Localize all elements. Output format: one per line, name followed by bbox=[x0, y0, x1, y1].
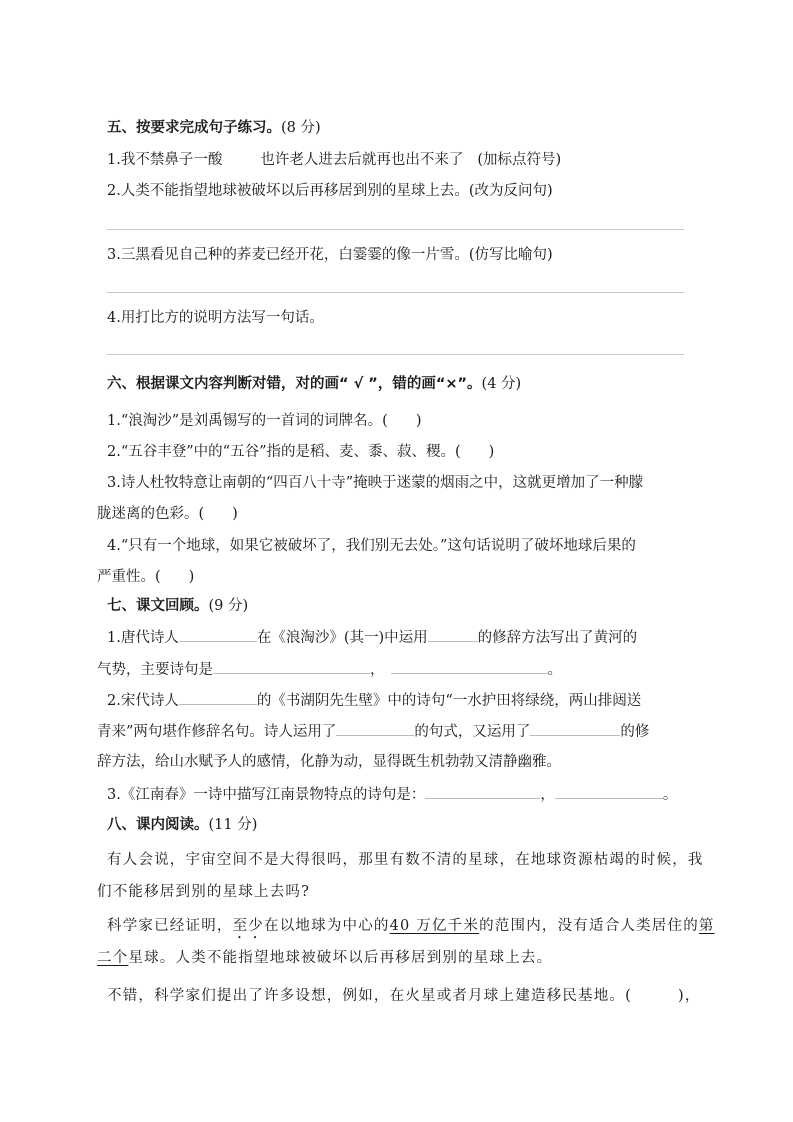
section-title: 六、根据课文内容判断对错，对的画“ √ ”，错的画“×”。 bbox=[107, 376, 482, 392]
paragraph-text: 有人会说，宇宙空间不是大得很吗，那里有数不清的星球，在地球资源枯竭的时候，我 bbox=[107, 852, 704, 868]
paragraph-text: 们不能移居到别的星球上去吗? bbox=[97, 884, 310, 900]
paragraph-text: 科学家已经证明， bbox=[107, 918, 233, 934]
s6-question-3-cont: 胧迷离的色彩。() bbox=[97, 504, 238, 524]
question-text: 在《浪淘沙》(其一)中运用 bbox=[257, 630, 428, 646]
question-text: ， bbox=[540, 787, 555, 803]
question-text: 的《书湖阴先生壁》中的诗句“一水护田将绿绕，两山排闼送 bbox=[257, 693, 641, 709]
section-points: (9 分) bbox=[209, 598, 249, 614]
reading-paragraph-2-cont: 二个星球。人类不能指望地球被破坏以后再移居到别的星球上去。 bbox=[97, 948, 552, 968]
s6-question-3: 3.诗人杜牧特意让南朝的“四百八十寺”掩映于迷蒙的烟雨之中，这就更增加了一种朦 bbox=[107, 473, 643, 493]
question-text: 青来”两句堪作修辞名句。诗人运用了 bbox=[97, 724, 336, 740]
question-number: 2. bbox=[107, 444, 121, 460]
emphasized-text: 至少 bbox=[233, 918, 264, 934]
answer-line[interactable] bbox=[107, 354, 684, 355]
section-points: (4 分) bbox=[482, 376, 522, 392]
question-number: 4. bbox=[107, 538, 121, 554]
s5-question-4: 4.用打比方的说明方法写一句话。 bbox=[107, 308, 324, 328]
section-5-heading: 五、按要求完成句子练习。(8 分) bbox=[107, 118, 321, 138]
s7-question-1-cont: 气势，主要诗句是，。 bbox=[97, 659, 562, 680]
s6-question-1: 1.“浪淘沙”是刘禹锡写的一首词的词牌名。() bbox=[107, 411, 422, 431]
reading-paragraph-1: 有人会说，宇宙空间不是大得很吗，那里有数不清的星球，在地球资源枯竭的时候，我 bbox=[107, 850, 704, 870]
fill-blank[interactable] bbox=[179, 690, 257, 705]
section-title: 七、课文回顾。 bbox=[107, 598, 209, 614]
question-text: 我不禁鼻子一酸 bbox=[121, 152, 223, 168]
fill-blank[interactable] bbox=[391, 659, 548, 674]
question-text: 。 bbox=[548, 662, 563, 678]
question-text: 的修辞方法写出了黄河的 bbox=[478, 630, 638, 646]
question-hint: (仿写比喻句) bbox=[469, 247, 553, 263]
question-number: 1. bbox=[107, 630, 121, 646]
question-text: 用打比方的说明方法写一句话。 bbox=[121, 310, 324, 326]
question-text: 气势，主要诗句是 bbox=[97, 662, 213, 678]
question-hint: (加标点符号) bbox=[477, 152, 561, 168]
question-text: 的修 bbox=[620, 724, 649, 740]
paragraph-text: 在以地球为中心的 bbox=[264, 918, 390, 934]
question-text: 诗人杜牧特意让南朝的“四百八十寺”掩映于迷蒙的烟雨之中，这就更增加了一种朦 bbox=[121, 475, 643, 491]
question-text: “浪淘沙”是刘禹锡写的一首词的词牌名。( bbox=[121, 413, 388, 429]
fill-blank[interactable] bbox=[179, 627, 257, 642]
underlined-text: 40 万亿千米 bbox=[390, 918, 479, 934]
fill-blank[interactable] bbox=[425, 784, 540, 799]
reading-paragraph-2: 科学家已经证明，至少在以地球为中心的40 万亿千米的范围内，没有适合人类居住的第 bbox=[107, 916, 715, 942]
s6-question-4-cont: 严重性。() bbox=[97, 567, 194, 587]
question-text: 《江南春》一诗中描写江南景物特点的诗句是： bbox=[121, 787, 426, 803]
question-text: 人类不能指望地球被破坏以后再移居到别的星球上去。 bbox=[121, 183, 469, 199]
question-text: 。 bbox=[663, 787, 678, 803]
fill-blank[interactable] bbox=[336, 721, 414, 736]
section-points: (11 分) bbox=[209, 817, 258, 833]
underlined-text: 二个 bbox=[97, 950, 128, 966]
question-number: 3. bbox=[107, 475, 121, 491]
s5-question-3: 3.三黑看见自己种的荞麦已经开花，白霎霎的像一片雪。(仿写比喻句) bbox=[107, 245, 553, 265]
question-number: 1. bbox=[107, 413, 121, 429]
question-text: 三黑看见自己种的荞麦已经开花，白霎霎的像一片雪。 bbox=[121, 247, 469, 263]
paren-close: ) bbox=[232, 506, 238, 522]
paren-close: )， bbox=[678, 988, 701, 1004]
reading-paragraph-1-cont: 们不能移居到别的星球上去吗? bbox=[97, 882, 310, 902]
question-text: “五谷丰登”中的“五谷”指的是稻、麦、黍、菽、稷。( bbox=[121, 444, 461, 460]
answer-line[interactable] bbox=[107, 229, 684, 230]
s7-question-2-cont: 青来”两句堪作修辞名句。诗人运用了的句式，又运用了的修 bbox=[97, 721, 649, 742]
s5-question-2: 2.人类不能指望地球被破坏以后再移居到别的星球上去。(改为反问句) bbox=[107, 181, 553, 201]
fill-blank[interactable] bbox=[213, 659, 370, 674]
section-8-heading: 八、课内阅读。(11 分) bbox=[107, 815, 257, 835]
question-number: 2. bbox=[107, 693, 121, 709]
fill-blank[interactable] bbox=[530, 721, 620, 736]
question-text: “只有一个地球，如果它被破坏了，我们别无去处。”这句话说明了破坏地球后果的 bbox=[121, 538, 636, 554]
section-6-heading: 六、根据课文内容判断对错，对的画“ √ ”，错的画“×”。(4 分) bbox=[107, 374, 521, 394]
underlined-text: 第 bbox=[699, 918, 715, 934]
question-hint: (改为反问句) bbox=[469, 183, 553, 199]
paren-close: ) bbox=[416, 413, 422, 429]
s7-question-3: 3.《江南春》一诗中描写江南景物特点的诗句是：，。 bbox=[107, 784, 677, 805]
question-number: 1. bbox=[107, 152, 121, 168]
s6-question-2: 2.“五谷丰登”中的“五谷”指的是稻、麦、黍、菽、稷。() bbox=[107, 442, 494, 462]
question-number: 3. bbox=[107, 247, 121, 263]
question-text: 辞方法，给山水赋予人的感情，化静为动，显得既生机勃勃又清静幽雅。 bbox=[97, 754, 561, 770]
s7-question-2-cont2: 辞方法，给山水赋予人的感情，化静为动，显得既生机勃勃又清静幽雅。 bbox=[97, 752, 561, 772]
paragraph-text: 星球。人类不能指望地球被破坏以后再移居到别的星球上去。 bbox=[128, 950, 552, 966]
answer-line[interactable] bbox=[107, 292, 684, 293]
section-title: 五、按要求完成句子练习。 bbox=[107, 120, 281, 136]
reading-paragraph-3: 不错，科学家们提出了许多设想，例如，在火星或者月球上建造移民基地。()， bbox=[107, 986, 701, 1006]
section-title: 八、课内阅读。 bbox=[107, 817, 209, 833]
question-number: 2. bbox=[107, 183, 121, 199]
s5-question-1: 1.我不禁鼻子一酸也许老人进去后就再也出不来了(加标点符号) bbox=[107, 150, 561, 170]
fill-blank[interactable] bbox=[428, 627, 478, 642]
question-number: 4. bbox=[107, 310, 121, 326]
question-text: 的句式，又运用了 bbox=[414, 724, 530, 740]
question-text: ， bbox=[370, 662, 385, 678]
question-text: 严重性。( bbox=[97, 569, 161, 585]
s6-question-4: 4.“只有一个地球，如果它被破坏了，我们别无去处。”这句话说明了破坏地球后果的 bbox=[107, 536, 636, 556]
question-text: 胧迷离的色彩。( bbox=[97, 506, 204, 522]
paren-close: ) bbox=[489, 444, 495, 460]
section-points: (8 分) bbox=[281, 120, 321, 136]
s7-question-1: 1.唐代诗人在《浪淘沙》(其一)中运用的修辞方法写出了黄河的 bbox=[107, 627, 637, 648]
paragraph-text: 不错，科学家们提出了许多设想，例如，在火星或者月球上建造移民基地。( bbox=[107, 988, 632, 1004]
question-text: 宋代诗人 bbox=[121, 693, 179, 709]
paragraph-text: 的范围内，没有适合人类居住的 bbox=[479, 918, 699, 934]
fill-blank[interactable] bbox=[555, 784, 663, 799]
s7-question-2: 2.宋代诗人的《书湖阴先生壁》中的诗句“一水护田将绿绕，两山排闼送 bbox=[107, 690, 641, 711]
section-7-heading: 七、课文回顾。(9 分) bbox=[107, 596, 248, 616]
paren-close: ) bbox=[189, 569, 195, 585]
question-text: 也许老人进去后就再也出不来了 bbox=[260, 152, 463, 168]
question-number: 3. bbox=[107, 787, 121, 803]
question-text: 唐代诗人 bbox=[121, 630, 179, 646]
